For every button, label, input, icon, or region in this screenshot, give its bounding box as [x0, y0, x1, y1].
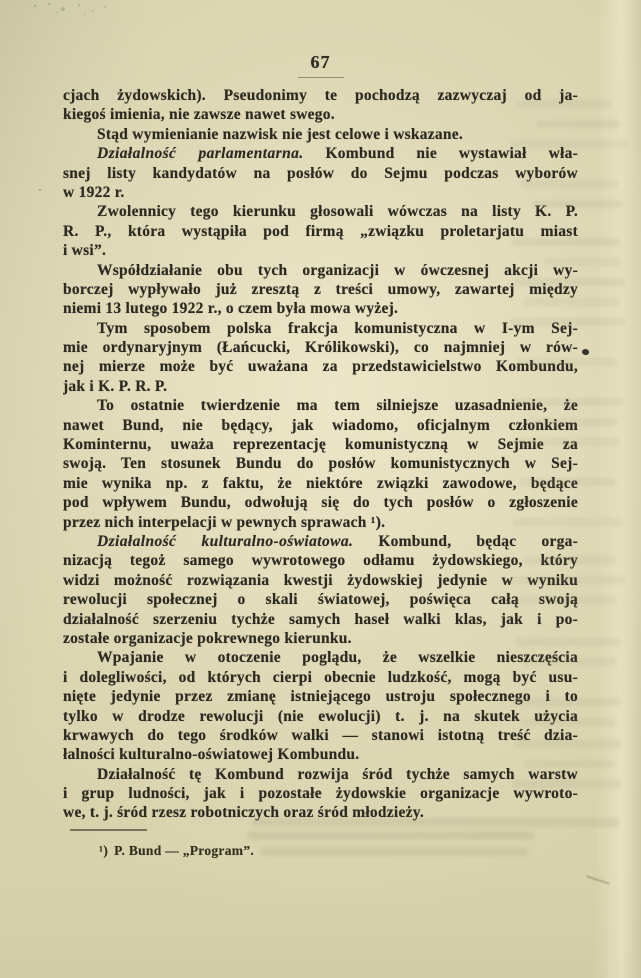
- bleed-through-texture: [536, 120, 620, 128]
- text-line: Kominternu, uważa reprezentację komunist…: [63, 435, 578, 454]
- bleed-through-texture: [518, 478, 616, 486]
- bleed-through-texture: [512, 518, 624, 526]
- bleed-through-texture: [512, 398, 624, 406]
- footnote-marker: ¹): [99, 843, 108, 858]
- scanned-page: 67 cjach żydowskich). Pseudonimy te poch…: [0, 0, 641, 978]
- text-line: Współdziałanie obu tych organizacji w ów…: [63, 261, 578, 280]
- footnote: ¹)P. Bund — „Program”.: [99, 843, 254, 859]
- text-line: działalność szerzeniu tychże samych hase…: [63, 610, 578, 629]
- bleed-through-texture: [532, 200, 622, 208]
- ink-spot: [582, 349, 589, 355]
- text-line: rewolucji społecznej o skali światowej, …: [63, 590, 578, 609]
- bleed-through-texture: [512, 238, 620, 246]
- text-line: mie wynika np. z faktu, że niektóre zwią…: [63, 474, 578, 493]
- bleed-through-texture: [522, 298, 620, 306]
- text-line: R. P., która wystąpiła pod firmą „związk…: [63, 222, 578, 241]
- bleed-through-texture: [514, 740, 622, 748]
- text-line: i dolegliwości, od których cierpi obecni…: [63, 668, 578, 687]
- bleed-through-texture: [520, 718, 616, 726]
- text-line: Stąd wymienianie nazwisk nie jest celowe…: [63, 125, 578, 144]
- bleed-through-texture: [510, 576, 626, 584]
- bleed-through-texture: [514, 638, 622, 646]
- text-line: widzi możność rozwiązania kwestji żydows…: [63, 571, 578, 590]
- bottom-scratch: [586, 875, 609, 884]
- body-text: cjach żydowskich). Pseudonimy te pochodz…: [63, 86, 578, 823]
- bleed-through-texture: [252, 818, 620, 827]
- text-line: Tym sposobem polska frakcja komunistyczn…: [63, 319, 578, 338]
- text-line: kiegoś imienia, nie zawsze nawet swego.: [63, 105, 578, 124]
- bleed-through-texture: [526, 418, 618, 426]
- footnote-text: P. Bund — „Program”.: [114, 843, 254, 858]
- text-line: w 1922 r.: [63, 183, 578, 202]
- bleed-through-texture: [247, 831, 535, 840]
- text-line: i wsi”.: [63, 241, 578, 260]
- footnote-separator: [70, 829, 147, 831]
- bleed-through-texture: [514, 278, 626, 286]
- text-line: swoją. Ten stosunek Bundu do posłów komu…: [63, 454, 578, 473]
- bleed-through-texture: [520, 180, 618, 188]
- italic-heading: Działalność parlamentarna.: [97, 145, 304, 162]
- text-line: To ostatnie twierdzenie ma tem silniejsz…: [63, 396, 578, 415]
- bleed-through-texture: [516, 596, 616, 604]
- bleed-through-texture: [516, 358, 618, 366]
- left-margin-speck: [39, 189, 41, 191]
- bleed-through-texture: [512, 698, 622, 706]
- bleed-through-texture: [260, 847, 528, 856]
- bleed-through-texture: [544, 258, 622, 266]
- page-number: 67: [298, 52, 344, 78]
- text-line: niemi 13 lutego 1922 r., o czem była mow…: [63, 299, 578, 318]
- text-line: krwawych do tego środków walki — stanowi…: [63, 726, 578, 745]
- bleed-through-texture: [514, 438, 620, 446]
- page-header: 67: [0, 52, 641, 78]
- text-line: Wpajanie w otoczenie poglądu, że wszelki…: [63, 648, 578, 667]
- bleed-through-texture: [512, 780, 622, 788]
- bleed-through-texture: [524, 760, 614, 768]
- text-line: borczej wypływało już zresztą z treści u…: [63, 280, 578, 299]
- text-line: łalności kulturalno-oświatowej Kombundu.: [63, 745, 578, 764]
- text-line: nej mierze może być uważana za przedstaw…: [63, 357, 578, 376]
- text-line: pod wpływem Bundu, odwołują się do tych …: [63, 493, 578, 512]
- text-line: przez nich interpelacji w pewnych sprawa…: [63, 513, 578, 532]
- text-line: i grup ludności, jak i pozostałe żydowsk…: [63, 784, 578, 803]
- text-line: snej listy kandydatów na posłów do Sejmu…: [63, 164, 578, 183]
- text-line: mie ordynaryjnym (Łańcucki, Królikowski)…: [63, 338, 578, 357]
- bleed-through-texture: [510, 318, 626, 326]
- bleed-through-texture: [522, 658, 616, 666]
- text-line: Działalność tę Kombund rozwija śród tych…: [63, 765, 578, 784]
- text-line: zostałe organizacje pokrewnego kierunku.: [63, 629, 578, 648]
- text-line: nięte jedynie przez zmianę istniejącego …: [63, 687, 578, 706]
- text-line: Zwolennicy tego kierunku głosowali wówcz…: [63, 202, 578, 221]
- bleed-through-texture: [510, 140, 628, 148]
- text-line: nizacją tegoż samego wywrotowego odłamu …: [63, 551, 578, 570]
- top-left-speckles: [34, 5, 36, 7]
- italic-heading: Działalność kulturalno-oświatowa.: [97, 533, 353, 550]
- text-line: nawet Bund, nie będący, jak wiadomo, ofi…: [63, 416, 578, 435]
- text-line: Działalność kulturalno-oświatowa. Kombun…: [63, 532, 578, 551]
- bleed-through-texture: [516, 100, 612, 108]
- text-line: tylko w drodze rewolucji (nie ewolucji) …: [63, 707, 578, 726]
- text-line: Działalność parlamentarna. Kombund nie w…: [63, 144, 578, 163]
- text-line: cjach żydowskich). Pseudonimy te pochodz…: [63, 86, 578, 105]
- text-line: jak i K. P. R. P.: [63, 377, 578, 396]
- bleed-through-texture: [524, 556, 616, 564]
